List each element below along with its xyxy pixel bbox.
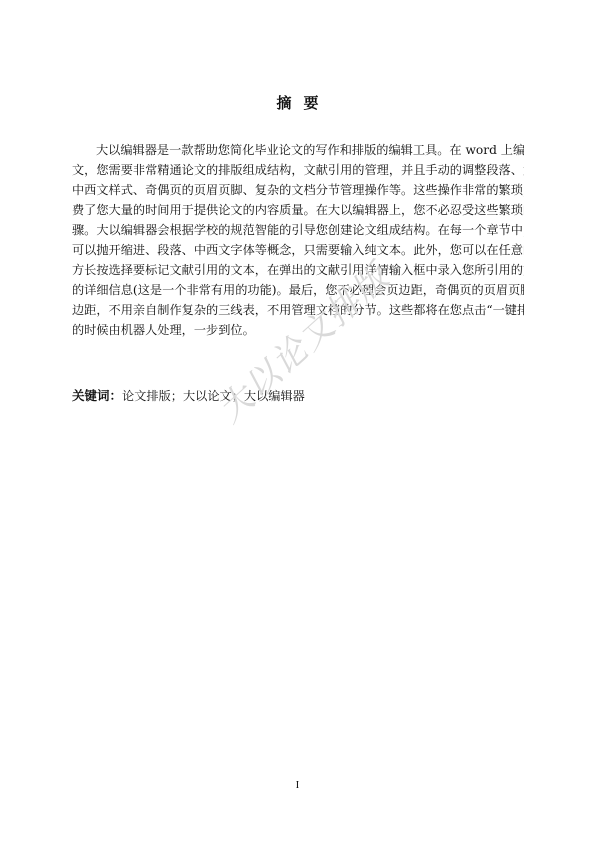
abstract-line: 费了您大量的时间用于提供论文的内容质量。在大以编辑器上，您不必忍受这些繁琐的步 [72,200,524,220]
abstract-title: 摘要 [0,92,595,113]
keywords-label: 关键词： [72,388,122,403]
abstract-line: 中西文样式、奇偶页的页眉页脚、复杂的文档分节管理操作等。这些操作非常的繁琐，浪 [72,180,524,200]
abstract-line: 方长按选择要标记文献引用的文本，在弹出的文献引用详情输入框中录入您所引用的文献 [72,260,524,280]
abstract-line: 的时候由机器人处理，一步到位。 [72,320,524,340]
keywords-value: 论文排版；大以论文；大以编辑器 [122,389,305,403]
abstract-line: 可以抛开缩进、段落、中西文字体等概念，只需要输入纯文本。此外，您可以在任意的地 [72,240,524,260]
abstract-line: 的详细信息(这是一个非常有用的功能)。最后，您不必理会页边距，奇偶页的页眉页脚及… [72,280,524,300]
abstract-line: 骤。大以编辑器会根据学校的规范智能的引导您创建论文组成结构。在每一个章节中，您 [72,220,524,240]
page-number: I [0,779,595,791]
abstract-line: 文，您需要非常精通论文的排版组成结构，文献引用的管理，并且手动的调整段落、大纲、 [72,160,524,180]
document-page: 摘要 大以编辑器是一款帮助您简化毕业论文的写作和排版的编辑工具。在 word 上… [0,0,595,842]
abstract-line: 大以编辑器是一款帮助您简化毕业论文的写作和排版的编辑工具。在 word 上编辑论 [72,140,524,160]
abstract-line: 边距，不用亲自制作复杂的三线表，不用管理文档的分节。这些都将在您点击“一键排版” [72,300,524,320]
abstract-body: 大以编辑器是一款帮助您简化毕业论文的写作和排版的编辑工具。在 word 上编辑论… [72,140,524,340]
keywords: 关键词：论文排版；大以论文；大以编辑器 [72,386,305,406]
